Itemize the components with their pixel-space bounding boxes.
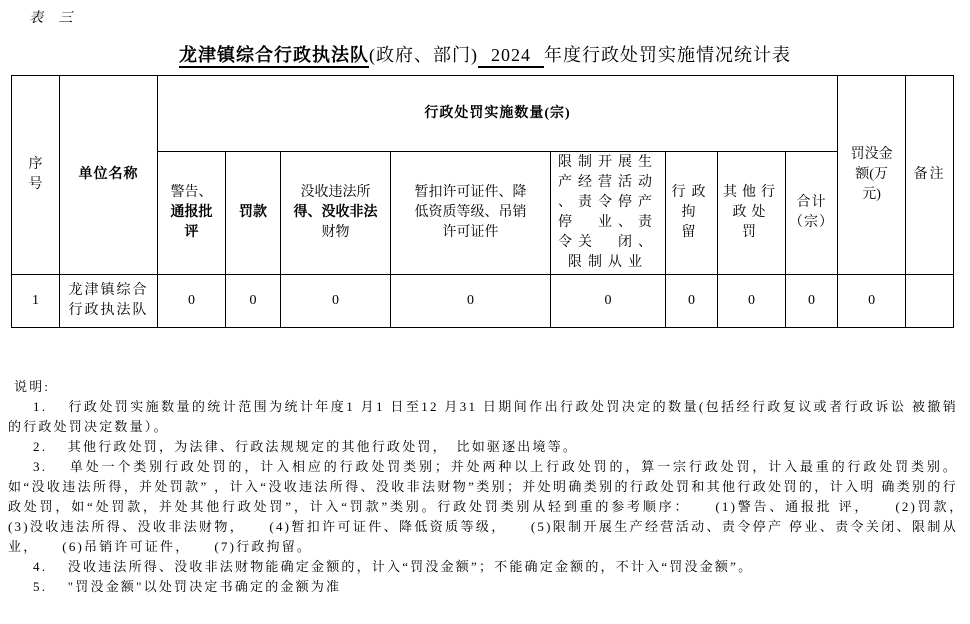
cell-count-fine: 0 <box>226 275 281 328</box>
cell-count-warning: 0 <box>158 275 226 328</box>
col-header-serial-number: 序 号 <box>12 76 60 275</box>
title-org-paren: (政府、部门) <box>369 45 478 65</box>
header-row-1: 序 号 单位名称 行政处罚实施数量(宗) 罚没金 额(万 元) 备注 <box>12 76 954 152</box>
col-header-unit-name: 单位名称 <box>60 76 158 275</box>
table-row: 1龙津镇综合 行政执法队000000000 <box>12 275 954 328</box>
cell-count-other-penalty: 0 <box>718 275 786 328</box>
page-title: 龙津镇综合行政执法队(政府、部门)2024年度行政处罚实施情况统计表 <box>0 41 970 67</box>
cell-count-detention: 0 <box>666 275 718 328</box>
cell-count-total: 0 <box>786 275 838 328</box>
table-number-label: 表 三 <box>29 7 79 27</box>
document-page: 表 三 龙津镇综合行政执法队(政府、部门)2024年度行政处罚实施情况统计表 序… <box>0 0 970 624</box>
col-header-fine-amount: 罚没金 额(万 元) <box>838 76 906 275</box>
note-item-3: 3. 单处一个类别行政处罚的，计入相应的行政处罚类别；并处两种以上行政处罚的，算… <box>8 457 958 557</box>
cell-fine-amount: 0 <box>838 275 906 328</box>
penalty-stats-table: 序 号 单位名称 行政处罚实施数量(宗) 罚没金 额(万 元) 备注 警告、 通… <box>11 75 954 328</box>
title-year: 2024 <box>478 45 544 68</box>
col-header-penalty-count-group: 行政处罚实施数量(宗) <box>158 76 838 152</box>
col-header-suspend-license: 暂扣许可证件、降 低资质等级、吊销 许可证件 <box>391 152 551 275</box>
cell-count-suspend-license: 0 <box>391 275 551 328</box>
note-item-5: 5. "罚没金额"以处罚决定书确定的金额为准 <box>8 577 958 597</box>
cell-remark <box>906 275 954 328</box>
cell-count-confiscation: 0 <box>281 275 391 328</box>
notes-section: 说明: 1. 行政处罚实施数量的统计范围为统计年度1 月1 日至12 月31 日… <box>8 377 958 597</box>
note-item-2: 2. 其他行政处罚，为法律、行政法规规定的其他行政处罚， 比如驱逐出境等。 <box>8 437 958 457</box>
col-header-total: 合计 （宗） <box>786 152 838 275</box>
col-header-fine: 罚款 <box>226 152 281 275</box>
title-unit-name: 龙津镇综合行政执法队 <box>179 45 369 68</box>
cell-count-restrict-business: 0 <box>551 275 666 328</box>
col-header-detention: 行政 拘 留 <box>666 152 718 275</box>
notes-heading: 说明: <box>8 377 958 397</box>
col-header-restrict-business: 限制开展生 产经营活动 、责令停产 停 业、责 令关 闭、 限制从业 <box>551 152 666 275</box>
cell-serial-number: 1 <box>12 275 60 328</box>
title-rest: 年度行政处罚实施情况统计表 <box>544 45 791 65</box>
col-header-remark: 备注 <box>906 76 954 275</box>
note-item-1: 1. 行政处罚实施数量的统计范围为统计年度1 月1 日至12 月31 日期间作出… <box>8 397 958 437</box>
note-item-4: 4. 没收违法所得、没收非法财物能确定金额的，计入“罚没金额”；不能确定金额的，… <box>8 557 958 577</box>
col-header-warning: 警告、 通报批 评 <box>158 152 226 275</box>
cell-unit-name: 龙津镇综合 行政执法队 <box>60 275 158 328</box>
col-header-other-penalty: 其他行 政处 罚 <box>718 152 786 275</box>
col-header-confiscation: 没收违法所 得、没收非法 财物 <box>281 152 391 275</box>
